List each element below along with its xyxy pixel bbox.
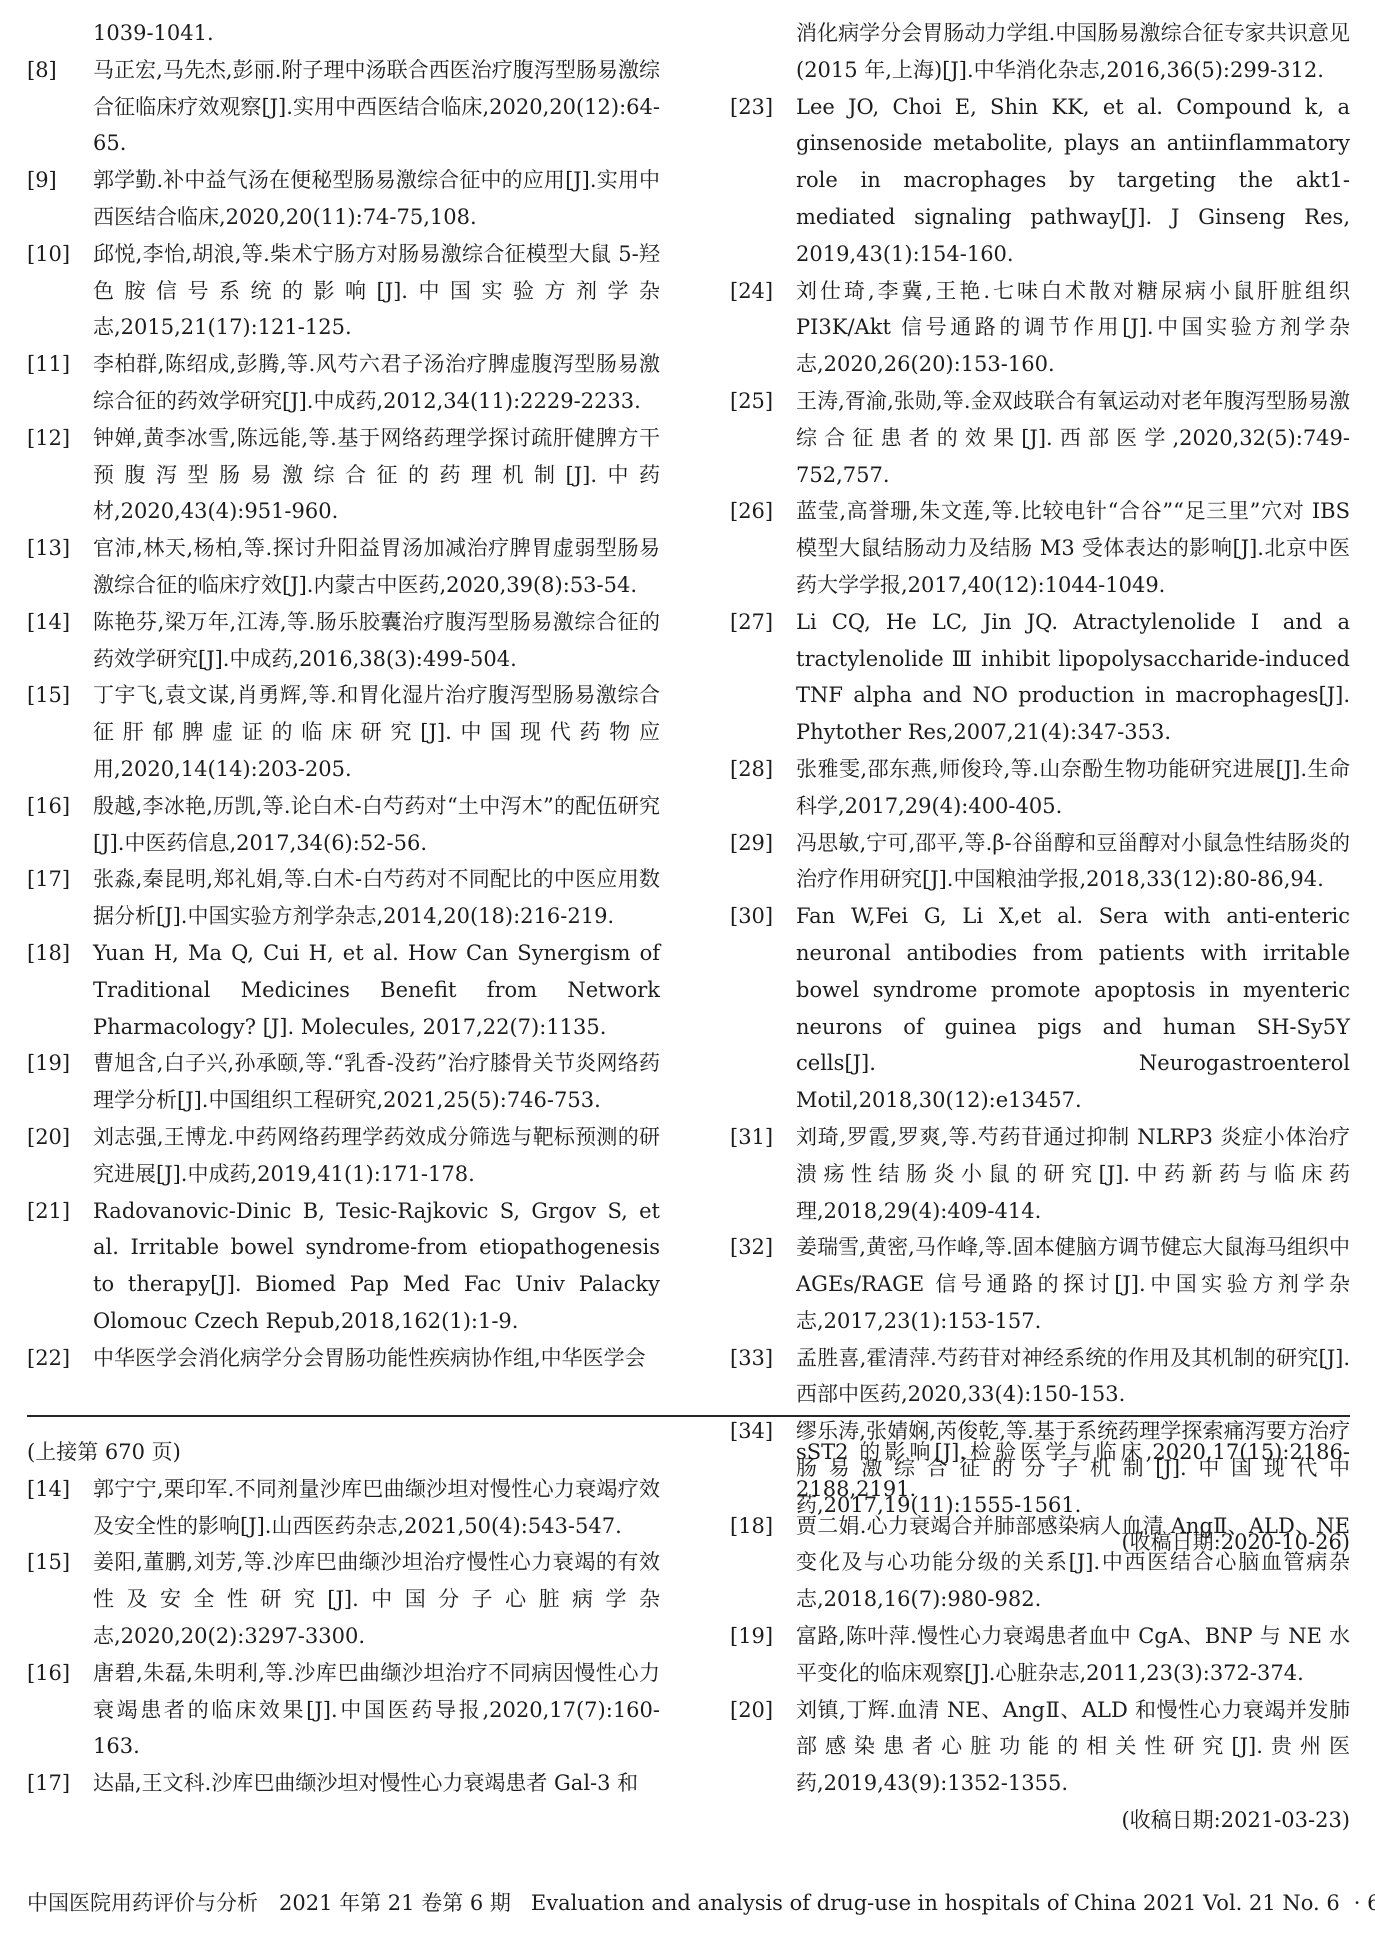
reference-text: sST2 的影响[J].检验医学与临床,2020,17(15):2186-218…: [796, 1440, 1350, 1501]
reference-number: [8]: [27, 52, 57, 89]
reference-text: Radovanovic-Dinic B, Tesic-Rajkovic S, G…: [93, 1199, 660, 1333]
reference-number: [20]: [730, 1692, 773, 1729]
page-number: · 677 ·: [1354, 1891, 1375, 1915]
reference-number: [22]: [27, 1340, 70, 1377]
bottom-left-column: (上接第 670 页) [14]郭宁宁,栗印军.不同剂量沙库巴曲缬沙坦对慢性心力…: [27, 1434, 660, 1839]
reference-text: 李柏群,陈绍成,彭腾,等.风芍六君子汤治疗脾虚腹泻型肠易激综合征的药效学研究[J…: [93, 352, 660, 413]
references-section-bottom: (上接第 670 页) [14]郭宁宁,栗印军.不同剂量沙库巴曲缬沙坦对慢性心力…: [27, 1434, 1350, 1839]
reference-text: 1039-1041.: [93, 21, 214, 45]
reference-text: 殷越,李冰艳,历凯,等.论白术-白芍药对“土中泻木”的配伍研究[J].中医药信息…: [93, 794, 660, 855]
reference-number: [27]: [730, 604, 773, 641]
reference-text: 唐碧,朱磊,朱明利,等.沙库巴曲缬沙坦治疗不同病因慢性心力衰竭患者的临床效果[J…: [93, 1661, 660, 1759]
reference-text: 钟婵,黄李冰雪,陈远能,等.基于网络药理学探讨疏肝健脾方干预腹泻型肠易激综合征的…: [93, 426, 660, 524]
reference-number: [10]: [27, 236, 70, 273]
reference-number: [32]: [730, 1229, 773, 1266]
reference-item: [32]姜瑞雪,黄密,马作峰,等.固本健脑方调节健忘大鼠海马组织中 AGEs/R…: [730, 1229, 1350, 1339]
reference-item: [14]陈艳芬,梁万年,江涛,等.肠乐胶囊治疗腹泻型肠易激综合征的药效学研究[J…: [27, 604, 660, 678]
reference-text: 郭学勤.补中益气汤在便秘型肠易激综合征中的应用[J].实用中西医结合临床,202…: [93, 168, 660, 229]
reference-item: [18]Yuan H, Ma Q, Cui H, et al. How Can …: [27, 935, 660, 1045]
reference-item: [23]Lee JO, Choi E, Shin KK, et al. Comp…: [730, 89, 1350, 273]
reference-carryover: sST2 的影响[J].检验医学与临床,2020,17(15):2186-218…: [730, 1434, 1350, 1508]
reference-item: [17]达晶,王文科.沙库巴曲缬沙坦对慢性心力衰竭患者 Gal-3 和: [27, 1765, 660, 1802]
reference-number: [14]: [27, 604, 70, 641]
reference-number: [9]: [27, 162, 57, 199]
reference-text: 贾二娟.心力衰竭合并肺部感染病人血清 AngⅡ、ALD、NE 变化及与心功能分级…: [796, 1514, 1350, 1612]
reference-number: [25]: [730, 383, 773, 420]
reference-list-bottom-left: [14]郭宁宁,栗印军.不同剂量沙库巴曲缬沙坦对慢性心力衰竭疗效及安全性的影响[…: [27, 1471, 660, 1802]
reference-number: [19]: [27, 1045, 70, 1082]
reference-text: 张淼,秦昆明,郑礼娟,等.白术-白芍药对不同配比的中医应用数据分析[J].中国实…: [93, 867, 660, 928]
section-divider-rule: [27, 1415, 1350, 1417]
reference-item: [14]郭宁宁,栗印军.不同剂量沙库巴曲缬沙坦对慢性心力衰竭疗效及安全性的影响[…: [27, 1471, 660, 1545]
reference-list-bottom-right: sST2 的影响[J].检验医学与临床,2020,17(15):2186-218…: [730, 1434, 1350, 1802]
reference-text: 姜瑞雪,黄密,马作峰,等.固本健脑方调节健忘大鼠海马组织中 AGEs/RAGE …: [796, 1235, 1350, 1333]
reference-item: [15]丁宇飞,袁文谋,肖勇辉,等.和胃化湿片治疗腹泻型肠易激综合征肝郁脾虚证的…: [27, 677, 660, 787]
reference-item: [10]邱悦,李怡,胡浪,等.柴术宁肠方对肠易激综合征模型大鼠 5-羟色胺信号系…: [27, 236, 660, 346]
reference-number: [17]: [27, 861, 70, 898]
top-left-column: 1039-1041.[8]马正宏,马先杰,彭丽.附子理中汤联合西医治疗腹泻型肠易…: [27, 15, 660, 1560]
reference-item: [9]郭学勤.补中益气汤在便秘型肠易激综合征中的应用[J].实用中西医结合临床,…: [27, 162, 660, 236]
reference-item: [33]孟胜喜,霍清萍.芍药苷对神经系统的作用及其机制的研究[J].西部中医药,…: [730, 1340, 1350, 1414]
reference-text: 曹旭含,白子兴,孙承颐,等.“乳香-没药”治疗膝骨关节炎网络药理学分析[J].中…: [93, 1051, 660, 1112]
journal-title-en: Evaluation and analysis of drug-use in h…: [531, 1885, 1375, 1922]
reference-item: [29]冯思敏,宁可,邵平,等.β-谷甾醇和豆甾醇对小鼠急性结肠炎的治疗作用研究…: [730, 825, 1350, 899]
reference-list-top-right: 消化病学分会胃肠动力学组.中国肠易激综合征专家共识意见(2015 年,上海)[J…: [730, 15, 1350, 1524]
reference-number: [30]: [730, 898, 773, 935]
reference-number: [17]: [27, 1765, 70, 1802]
reference-text: Yuan H, Ma Q, Cui H, et al. How Can Syne…: [93, 941, 660, 1039]
reference-item: [11]李柏群,陈绍成,彭腾,等.风芍六君子汤治疗脾虚腹泻型肠易激综合征的药效学…: [27, 346, 660, 420]
bottom-right-column: sST2 的影响[J].检验医学与临床,2020,17(15):2186-218…: [730, 1434, 1350, 1839]
reference-item: [12]钟婵,黄李冰雪,陈远能,等.基于网络药理学探讨疏肝健脾方干预腹泻型肠易激…: [27, 420, 660, 530]
reference-number: [13]: [27, 530, 70, 567]
reference-number: [20]: [27, 1119, 70, 1156]
reference-number: [26]: [730, 493, 773, 530]
reference-item: [19]曹旭含,白子兴,孙承颐,等.“乳香-没药”治疗膝骨关节炎网络药理学分析[…: [27, 1045, 660, 1119]
reference-item: [28]张雅雯,邵东燕,师俊玲,等.山奈酚生物功能研究进展[J].生命科学,20…: [730, 751, 1350, 825]
reference-number: [18]: [730, 1508, 773, 1545]
received-date: (收稿日期:2021-03-23): [730, 1802, 1350, 1839]
reference-text: 刘志强,王博龙.中药网络药理学药效成分筛选与靶标预测的研究进展[J].中成药,2…: [93, 1125, 660, 1186]
journal-title-cn: 中国医院用药评价与分析 2021 年第 21 卷第 6 期: [27, 1885, 511, 1922]
reference-item: [19]富路,陈叶萍.慢性心力衰竭患者血中 CgA、BNP 与 NE 水平变化的…: [730, 1618, 1350, 1692]
journal-title-en-text: Evaluation and analysis of drug-use in h…: [531, 1891, 1340, 1915]
reference-text: 陈艳芬,梁万年,江涛,等.肠乐胶囊治疗腹泻型肠易激综合征的药效学研究[J].中成…: [93, 610, 660, 671]
reference-item: [21]Radovanovic-Dinic B, Tesic-Rajkovic …: [27, 1193, 660, 1340]
reference-item: [20]刘志强,王博龙.中药网络药理学药效成分筛选与靶标预测的研究进展[J].中…: [27, 1119, 660, 1193]
reference-item: [24]刘仕琦,李冀,王艳.七味白术散对糖尿病小鼠肝脏组织 PI3K/Akt 信…: [730, 273, 1350, 383]
reference-text: 孟胜喜,霍清萍.芍药苷对神经系统的作用及其机制的研究[J].西部中医药,2020…: [796, 1346, 1350, 1407]
reference-text: 中华医学会消化病学分会胃肠功能性疾病协作组,中华医学会: [93, 1346, 646, 1370]
reference-text: 马正宏,马先杰,彭丽.附子理中汤联合西医治疗腹泻型肠易激综合征临床疗效观察[J]…: [93, 58, 660, 156]
top-right-column: 消化病学分会胃肠动力学组.中国肠易激综合征专家共识意见(2015 年,上海)[J…: [730, 15, 1350, 1560]
continued-from-note: (上接第 670 页): [27, 1434, 660, 1471]
reference-number: [33]: [730, 1340, 773, 1377]
reference-text: 达晶,王文科.沙库巴曲缬沙坦对慢性心力衰竭患者 Gal-3 和: [93, 1771, 638, 1795]
reference-number: [15]: [27, 1544, 70, 1581]
reference-number: [12]: [27, 420, 70, 457]
reference-item: [13]官沛,林天,杨柏,等.探讨升阳益胃汤加减治疗脾胃虚弱型肠易激综合征的临床…: [27, 530, 660, 604]
reference-number: [24]: [730, 273, 773, 310]
reference-item: [15]姜阳,董鹏,刘芳,等.沙库巴曲缬沙坦治疗慢性心力衰竭的有效性及安全性研究…: [27, 1544, 660, 1654]
reference-text: 官沛,林天,杨柏,等.探讨升阳益胃汤加减治疗脾胃虚弱型肠易激综合征的临床疗效[J…: [93, 536, 660, 597]
reference-number: [21]: [27, 1193, 70, 1230]
reference-text: 刘镇,丁辉.血清 NE、AngⅡ、ALD 和慢性心力衰竭并发肺部感染患者心脏功能…: [796, 1698, 1350, 1796]
reference-item: [25]王涛,胥渝,张勋,等.金双歧联合有氧运动对老年腹泻型肠易激综合征患者的效…: [730, 383, 1350, 493]
reference-text: 张雅雯,邵东燕,师俊玲,等.山奈酚生物功能研究进展[J].生命科学,2017,2…: [796, 757, 1350, 818]
reference-text: 姜阳,董鹏,刘芳,等.沙库巴曲缬沙坦治疗慢性心力衰竭的有效性及安全性研究[J].…: [93, 1550, 660, 1648]
reference-item: [26]蓝莹,高誉珊,朱文莲,等.比较电针“合谷”“足三里”穴对 IBS 模型大…: [730, 493, 1350, 603]
reference-text: 蓝莹,高誉珊,朱文莲,等.比较电针“合谷”“足三里”穴对 IBS 模型大鼠结肠动…: [796, 499, 1350, 597]
reference-number: [29]: [730, 825, 773, 862]
reference-item: [16]唐碧,朱磊,朱明利,等.沙库巴曲缬沙坦治疗不同病因慢性心力衰竭患者的临床…: [27, 1655, 660, 1765]
reference-text: 冯思敏,宁可,邵平,等.β-谷甾醇和豆甾醇对小鼠急性结肠炎的治疗作用研究[J].…: [796, 831, 1350, 892]
reference-carryover: 消化病学分会胃肠动力学组.中国肠易激综合征专家共识意见(2015 年,上海)[J…: [730, 15, 1350, 89]
reference-text: 王涛,胥渝,张勋,等.金双歧联合有氧运动对老年腹泻型肠易激综合征患者的效果[J]…: [796, 389, 1350, 487]
reference-item: [31]刘琦,罗霞,罗爽,等.芍药苷通过抑制 NLRP3 炎症小体治疗溃疡性结肠…: [730, 1119, 1350, 1229]
reference-text: Li CQ, He LC, Jin JQ. Atractylenolide Ⅰ …: [796, 610, 1350, 744]
page-footer: 中国医院用药评价与分析 2021 年第 21 卷第 6 期 Evaluation…: [27, 1885, 1362, 1922]
reference-item: [17]张淼,秦昆明,郑礼娟,等.白术-白芍药对不同配比的中医应用数据分析[J]…: [27, 861, 660, 935]
reference-number: [14]: [27, 1471, 70, 1508]
reference-item: [20]刘镇,丁辉.血清 NE、AngⅡ、ALD 和慢性心力衰竭并发肺部感染患者…: [730, 1692, 1350, 1802]
reference-text: 刘琦,罗霞,罗爽,等.芍药苷通过抑制 NLRP3 炎症小体治疗溃疡性结肠炎小鼠的…: [796, 1125, 1350, 1223]
reference-text: 消化病学分会胃肠动力学组.中国肠易激综合征专家共识意见(2015 年,上海)[J…: [796, 21, 1350, 82]
reference-item: [18]贾二娟.心力衰竭合并肺部感染病人血清 AngⅡ、ALD、NE 变化及与心…: [730, 1508, 1350, 1618]
reference-text: 邱悦,李怡,胡浪,等.柴术宁肠方对肠易激综合征模型大鼠 5-羟色胺信号系统的影响…: [93, 242, 660, 340]
reference-number: [11]: [27, 346, 70, 383]
reference-item: [22]中华医学会消化病学分会胃肠功能性疾病协作组,中华医学会: [27, 1340, 660, 1377]
reference-number: [15]: [27, 677, 70, 714]
reference-text: 刘仕琦,李冀,王艳.七味白术散对糖尿病小鼠肝脏组织 PI3K/Akt 信号通路的…: [796, 279, 1350, 377]
reference-number: [16]: [27, 1655, 70, 1692]
reference-item: [16]殷越,李冰艳,历凯,等.论白术-白芍药对“土中泻木”的配伍研究[J].中…: [27, 788, 660, 862]
reference-item: [8]马正宏,马先杰,彭丽.附子理中汤联合西医治疗腹泻型肠易激综合征临床疗效观察…: [27, 52, 660, 162]
reference-text: Fan W,Fei G, Li X,et al. Sera with anti-…: [796, 904, 1350, 1112]
reference-number: [28]: [730, 751, 773, 788]
reference-text: 富路,陈叶萍.慢性心力衰竭患者血中 CgA、BNP 与 NE 水平变化的临床观察…: [796, 1624, 1350, 1685]
reference-text: 丁宇飞,袁文谋,肖勇辉,等.和胃化湿片治疗腹泻型肠易激综合征肝郁脾虚证的临床研究…: [93, 683, 660, 781]
reference-number: [31]: [730, 1119, 773, 1156]
reference-item: [30]Fan W,Fei G, Li X,et al. Sera with a…: [730, 898, 1350, 1119]
reference-text: Lee JO, Choi E, Shin KK, et al. Compound…: [796, 95, 1350, 266]
reference-list-top-left: 1039-1041.[8]马正宏,马先杰,彭丽.附子理中汤联合西医治疗腹泻型肠易…: [27, 15, 660, 1376]
references-section-top: 1039-1041.[8]马正宏,马先杰,彭丽.附子理中汤联合西医治疗腹泻型肠易…: [27, 15, 1350, 1560]
reference-number: [23]: [730, 89, 773, 126]
reference-number: [16]: [27, 788, 70, 825]
reference-carryover: 1039-1041.: [27, 15, 660, 52]
reference-number: [18]: [27, 935, 70, 972]
reference-number: [19]: [730, 1618, 773, 1655]
reference-text: 郭宁宁,栗印军.不同剂量沙库巴曲缬沙坦对慢性心力衰竭疗效及安全性的影响[J].山…: [93, 1477, 660, 1538]
reference-item: [27]Li CQ, He LC, Jin JQ. Atractylenolid…: [730, 604, 1350, 751]
